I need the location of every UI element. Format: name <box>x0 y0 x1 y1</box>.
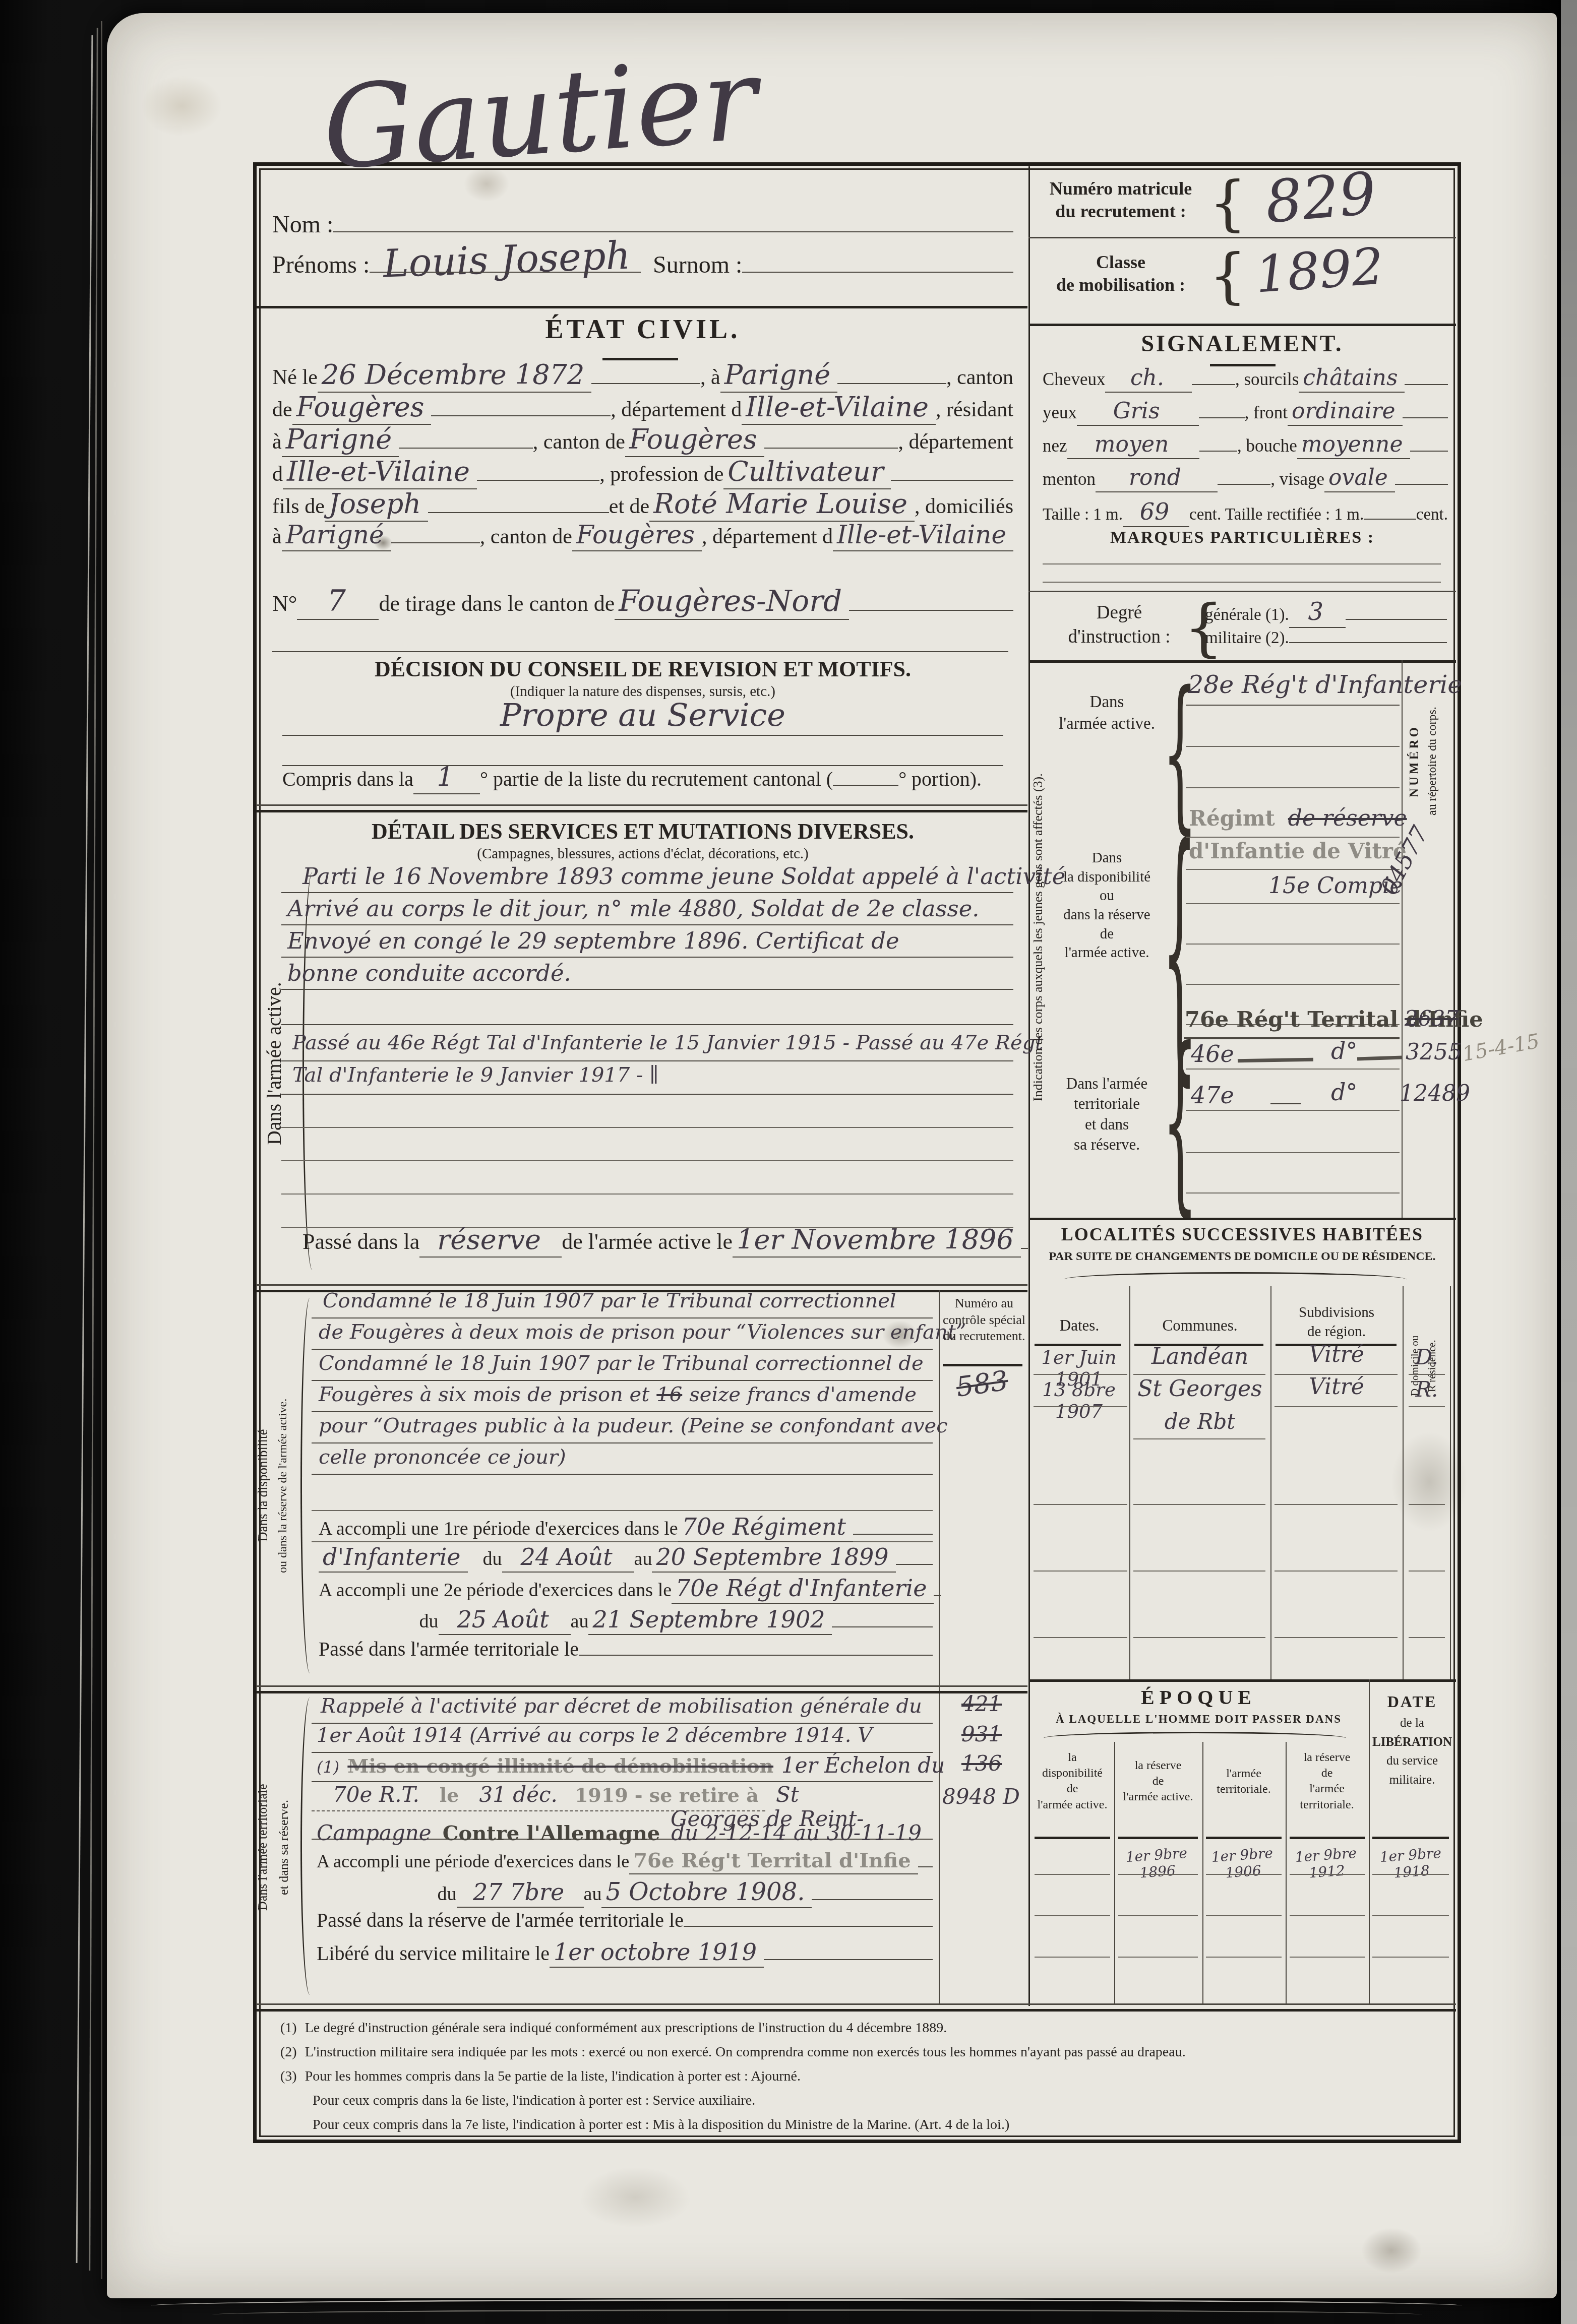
regiment-47: 47e <box>1191 1082 1234 1109</box>
note-number: (2) <box>280 2044 297 2060</box>
residence-commune: Parigné <box>282 423 399 457</box>
marques-label: MARQUES PARTICULIÈRES : <box>1028 528 1456 547</box>
line-fill <box>391 541 480 543</box>
tirage-label: de tirage dans le canton de <box>379 591 615 616</box>
loc-commune-2: de Rbt <box>1131 1409 1268 1434</box>
reserve-value: réserve <box>419 1224 562 1258</box>
compris-label-2: ° partie de la liste du recrutement cant… <box>480 767 833 791</box>
exercice-label: A accompli une période d'exercices dans … <box>317 1851 629 1872</box>
birth-date: 26 Décembre 1872 <box>318 359 591 393</box>
line-fill <box>1199 450 1238 452</box>
blank-line <box>1206 1957 1282 1958</box>
periode1-end: 20 Septembre 1899 <box>652 1543 895 1573</box>
generale-label: générale (1). <box>1205 606 1289 624</box>
label-line: la <box>1032 1750 1113 1766</box>
condamnation: Condamné le 18 Juin 1907 par le Tribunal… <box>319 1352 924 1375</box>
condamnation: de Fougères à deux mois de prison pour “… <box>319 1321 966 1344</box>
sig-row-2: yeux Gris , front ordinaire <box>1043 398 1448 427</box>
label-line: de <box>1115 1774 1201 1789</box>
blank-line <box>1034 1504 1127 1505</box>
blank-line <box>1275 1504 1398 1505</box>
row-line <box>1034 1374 1127 1375</box>
civil-line-6: à Parigné , canton de Fougères , départe… <box>272 520 1013 551</box>
du-label: du <box>419 1610 439 1632</box>
label-line: disponibilité <box>1032 1766 1113 1781</box>
detail-title: DÉTAIL DES SERVICES ET MUTATIONS DIVERSE… <box>272 819 1013 844</box>
regiment-stamp: Régimt <box>1189 806 1275 831</box>
taille-label: Taille : 1 m. <box>1043 506 1123 524</box>
reserve-terr-label: Passé dans la réserve de l'armée territo… <box>317 1908 684 1932</box>
writing-line <box>281 1094 1013 1095</box>
writing-line <box>281 989 1013 990</box>
line-fill <box>812 1898 933 1900</box>
stain <box>1361 2228 1422 2273</box>
parents-departement: Ille-et-Vilaine <box>833 520 1013 551</box>
blank-line <box>1186 1152 1400 1153</box>
sig-row-3: nez moyen , bouche moyenne <box>1043 431 1448 461</box>
demobilisation-stamp: Mis en congé illimité de démobilisation <box>347 1754 773 1777</box>
blank-line <box>1186 1192 1400 1194</box>
value-line <box>1290 1874 1365 1875</box>
side-label-disponibilite: Dans la disponibilité <box>255 1293 275 1678</box>
tirage-number: 7 <box>297 584 379 620</box>
front-label: , front <box>1245 403 1288 423</box>
line-fill <box>1289 641 1447 643</box>
civil-line-4: d Ille-et-Vilaine , profession de Cultiv… <box>272 456 1013 487</box>
blank-line <box>1186 787 1400 788</box>
birth-canton: Fougères <box>292 391 432 425</box>
terr-passage-row: Passé dans l'armée territoriale le <box>319 1637 933 1666</box>
line-fill <box>428 511 609 513</box>
le-stamp: le <box>440 1784 459 1806</box>
libere-row: Libéré du service militaire le 1er octob… <box>317 1938 933 1968</box>
blank-line <box>1409 1571 1445 1572</box>
note-text: L'instruction militaire sera indiquée pa… <box>305 2044 1186 2060</box>
loc-commune: Landéan <box>1131 1344 1268 1369</box>
blank-line <box>1275 1637 1398 1638</box>
line-fill <box>837 382 946 384</box>
col-dates: Dates. <box>1031 1316 1128 1335</box>
disponibilite-row-label: Dans la disponibilité ou dans la réserve… <box>1053 849 1161 963</box>
periode2-label: A accompli une 2e période d'exercices da… <box>319 1579 672 1601</box>
a-label: à <box>272 430 282 454</box>
classe-value: 1892 <box>1253 236 1385 304</box>
repertoire-column-line <box>1402 660 1403 1218</box>
classe-label-l2: de mobilisation : <box>1038 274 1204 296</box>
label-line: l'armée active. <box>1053 713 1161 735</box>
departement-label: , département <box>898 430 1013 454</box>
stain <box>580 2167 691 2228</box>
matricule-label-l1: Numéro matricule <box>1038 177 1204 200</box>
note-text: Pour ceux compris dans la 6e liste, l'in… <box>313 2093 755 2109</box>
divider <box>256 306 1027 308</box>
label-line: l'armée <box>1287 1781 1367 1797</box>
margin-number: 421 <box>944 1691 1019 1716</box>
liberation-date-value: 1er 9bre 1918 <box>1367 1844 1455 1883</box>
label-line: LIBÉRATION <box>1370 1733 1454 1752</box>
writing-line <box>1186 1069 1400 1070</box>
periode1-row2: d'Infanterie du 24 Août au 20 Septembre … <box>319 1543 933 1573</box>
decision-value: Propre au Service <box>272 697 1013 733</box>
decision-title: DÉCISION DU CONSEIL DE REVISION ET MOTIF… <box>272 656 1013 682</box>
condamnation: Condamné le 18 Juin 1907 par le Tribunal… <box>323 1289 896 1312</box>
residant-label: , résidant <box>936 398 1013 422</box>
prenoms-line <box>370 271 641 273</box>
line-fill <box>1192 383 1235 385</box>
domicilies-label: , domiciliés <box>915 494 1013 519</box>
writing-line <box>281 957 1013 958</box>
header-rule <box>1118 1837 1198 1839</box>
nom-row: Nom : <box>272 211 1013 242</box>
struck-amount: 16 <box>656 1383 682 1406</box>
service-note: Arrivé au corps le dit jour, n° mle 4880… <box>287 895 980 922</box>
bouche-value: moyenne <box>1297 431 1410 459</box>
blank-line <box>1290 1915 1365 1916</box>
nez-label: nez <box>1043 436 1067 456</box>
line-fill <box>399 447 533 449</box>
line-fill <box>1346 618 1447 620</box>
epoque-col4-header: la réserve de l'armée territoriale. <box>1287 1750 1367 1813</box>
margin-number: 8948 D <box>941 1784 1021 1809</box>
de-label: de <box>272 398 292 422</box>
label-line: et dans <box>1053 1114 1161 1135</box>
row-line <box>1034 1406 1127 1407</box>
ne-le-label: Né le <box>272 365 318 390</box>
civil-line-3: à Parigné , canton de Fougères , départe… <box>272 423 1013 455</box>
line-fill <box>1218 483 1270 485</box>
row-line <box>1409 1374 1445 1375</box>
parents-commune: Parigné <box>282 520 391 551</box>
label-line: de <box>1032 1781 1113 1797</box>
sourcils-label: , sourcils <box>1235 369 1299 390</box>
row-line <box>1409 1406 1445 1407</box>
prenoms-label: Prénoms : <box>272 251 370 279</box>
decision-line <box>282 735 1003 736</box>
writing-line <box>312 1474 933 1475</box>
writing-line <box>1186 869 1400 870</box>
blank-line <box>281 1024 1013 1025</box>
numero-label: N° <box>272 591 297 616</box>
au-label: au <box>571 1610 589 1632</box>
mother-name: Roté Marie Louise <box>649 488 915 522</box>
blank-line <box>281 1194 1013 1195</box>
periode2-regiment: 70e Régt d'Infanterie <box>672 1575 934 1604</box>
service-note: Parti le 16 Novembre 1893 comme jeune So… <box>302 863 1065 890</box>
footer-divider <box>256 2009 1456 2012</box>
side-label-territoriale: Dans l'armée territoriale <box>255 1696 275 1998</box>
reserve-date: 1er Novembre 1896 <box>733 1224 1021 1258</box>
note-4: Pour ceux compris dans la 6e liste, l'in… <box>313 2093 1450 2115</box>
blank-line <box>312 1510 933 1511</box>
prenoms-row: Prénoms : Surnom : <box>272 251 1013 281</box>
loc-commune: St Georges <box>1131 1376 1268 1402</box>
profession-value: Cultivateur <box>723 456 890 489</box>
line-fill <box>319 1625 419 1627</box>
line-fill <box>849 609 1013 611</box>
birth-commune: Parigné <box>720 359 838 393</box>
divider <box>1028 1218 1456 1220</box>
periode1-regiment-2: d'Infanterie <box>319 1543 468 1573</box>
note-3: (3) Pour les hommes compris dans la 5e p… <box>280 2068 1450 2091</box>
terr-passage-label: Passé dans l'armée territoriale le <box>319 1637 579 1661</box>
line-fill <box>891 479 1013 481</box>
loc-subdiv: Vitré <box>1272 1374 1401 1400</box>
brace: { <box>1209 173 1247 233</box>
periode1-row: A accompli une 1re période d'exercices d… <box>319 1513 933 1542</box>
register-scan: Gautier Nom : Louis Joseph Prénoms : Sur… <box>0 0 1577 2324</box>
label-line: du service <box>1370 1751 1454 1771</box>
value-line <box>1206 1874 1282 1875</box>
blank-line <box>1043 563 1441 564</box>
writing-line <box>312 1411 933 1412</box>
writing-line <box>281 1060 1013 1061</box>
blank-line <box>1186 944 1400 945</box>
departement-label: , département d <box>611 398 742 422</box>
decorative-swash <box>1064 1272 1407 1287</box>
compris-row: Compris dans la 1 ° partie de la liste d… <box>282 762 1008 792</box>
du-label: du <box>483 1548 502 1570</box>
nom-label: Nom : <box>272 211 333 238</box>
label-line: la disponibilité <box>1053 868 1161 887</box>
periode2-end: 21 Septembre 1902 <box>588 1606 832 1635</box>
line-fill <box>1410 450 1448 452</box>
margin-number: 136 <box>944 1751 1019 1776</box>
side-label-territoriale-2: et dans sa réserve. <box>276 1696 294 1998</box>
condamnation: pour “Outrages public à la pudeur. (Pein… <box>319 1414 948 1437</box>
periode2-start: 25 Août <box>439 1606 571 1635</box>
writing-line <box>281 924 1013 925</box>
localites-subtitle: PAR SUITE DE CHANGEMENTS DE DOMICILE OU … <box>1028 1250 1456 1264</box>
campagne-row: Campagne Contre l'Allemagne du 2-12-14 a… <box>317 1820 922 1849</box>
campagne-value: Campagne <box>317 1820 432 1845</box>
yeux-label: yeux <box>1043 403 1077 423</box>
line-fill <box>833 784 898 786</box>
periode1-start: 24 Août <box>502 1543 634 1573</box>
dash <box>1270 1103 1301 1104</box>
libere-label: Libéré du service militaire le <box>317 1941 550 1965</box>
line-fill <box>832 1625 933 1627</box>
birth-departement: Ille-et-Vilaine <box>742 391 936 425</box>
cent-label: cent. <box>1416 506 1448 524</box>
brace: { <box>1209 246 1247 305</box>
periode2-row2: du 25 Août au 21 Septembre 1902 <box>319 1606 933 1635</box>
loc-subdiv: Vitré <box>1272 1342 1401 1367</box>
header-rule <box>1035 1837 1110 1839</box>
label-line: l'armée <box>1203 1766 1284 1782</box>
divider <box>1028 324 1456 326</box>
periode1-regiment: 70e Régiment <box>678 1513 853 1542</box>
blank-line <box>1133 1504 1265 1505</box>
compris-label-3: ° portion). <box>898 767 982 791</box>
line-fill <box>591 382 700 384</box>
line-fill <box>1364 518 1416 520</box>
epoque-col1-header: la disponibilité de l'armée active. <box>1032 1750 1113 1813</box>
condamnation: seize francs d'amende <box>689 1383 917 1406</box>
condamnation: celle prononcée ce jour) <box>319 1446 566 1469</box>
line-fill <box>764 447 898 449</box>
epoque-value-reserve-terr: 1er 9bre 1912 <box>1284 1844 1369 1882</box>
bouche-label: , bouche <box>1237 436 1297 456</box>
retire-stamp: 1919 - se retire à <box>575 1784 759 1806</box>
page-stack-edge <box>101 21 102 2279</box>
epoque-subtitle: À LAQUELLE L'HOMME DOIT PASSER DANS <box>1028 1713 1369 1726</box>
taille-value: 69 <box>1123 498 1189 527</box>
section-divider <box>256 804 1027 806</box>
label-line: Dans <box>1053 849 1161 868</box>
blank-line <box>1035 1915 1110 1916</box>
date-value: 31 déc. <box>479 1782 557 1807</box>
header-rule <box>1290 1837 1365 1839</box>
matricule-label: Numéro matricule du recrutement : <box>1038 177 1204 223</box>
blank-line <box>1133 1571 1265 1572</box>
divider <box>1028 660 1456 663</box>
regiment-value: 70e R.T. <box>333 1782 419 1807</box>
blank-line <box>1409 1637 1445 1638</box>
civil-line-5: fils de Joseph et de Roté Marie Louise ,… <box>272 488 1013 519</box>
blank-line <box>1409 1504 1445 1505</box>
detail-subtitle: (Campagnes, blessures, actions d'éclat, … <box>272 846 1013 862</box>
ditto-mark: d° <box>1331 1079 1357 1106</box>
taille-rectifiee-label: cent. Taille rectifiée : 1 m. <box>1189 506 1364 524</box>
blank-line <box>1290 1957 1365 1958</box>
writing-line <box>1186 903 1400 904</box>
classe-label-l1: Classe <box>1038 251 1204 274</box>
condamnation: Fougères à six mois de prison et <box>319 1383 649 1406</box>
section-brace <box>300 1298 319 1673</box>
exercice-regiment-stamp: 76e Rég't Territal d'Infie <box>629 1849 918 1874</box>
header-rule <box>1035 1344 1121 1346</box>
note-number: (1) <box>280 2020 297 2036</box>
militaire-label: militaire (2). <box>1205 629 1289 648</box>
header-rule <box>1372 1837 1449 1839</box>
label-line: l'armée active. <box>1053 944 1161 963</box>
label-line: Dans l'armée <box>1053 1074 1161 1094</box>
mobilisation-note: Rappelé à l'activité par décret de mobil… <box>321 1694 922 1718</box>
repertoire-number-struck: 2637 <box>1405 1006 1459 1031</box>
etat-civil-title: ÉTAT CIVIL. <box>272 313 1013 345</box>
signalement-title: SIGNALEMENT. <box>1028 330 1456 357</box>
armee-active-row-label: Dans l'armée active. <box>1053 692 1161 735</box>
departement-label: , département d <box>702 525 833 549</box>
writing-line <box>1186 705 1400 706</box>
side-label-corps: Indication des corps auxquels les jeunes… <box>1030 665 1051 1210</box>
condamnation-line4: Fougères à six mois de prison et 16 seiz… <box>319 1383 917 1411</box>
note-5: Pour ceux compris dans la 7e liste, l'in… <box>313 2117 1450 2139</box>
repertoire-number: 3255 <box>1406 1039 1462 1065</box>
label-line: DATE <box>1370 1689 1454 1714</box>
label-line: de région. <box>1271 1323 1402 1342</box>
demobilisation-row: (1) Mis en congé illimité de démobilisat… <box>317 1753 945 1781</box>
reserve-row: Passé dans la réserve de l'armée active … <box>302 1224 1013 1256</box>
matricule-label-l2: du recrutement : <box>1038 200 1204 223</box>
cheveux-value: ch. <box>1105 365 1192 393</box>
tirage-canton: Fougères-Nord <box>615 584 849 620</box>
blank-line <box>272 651 1008 652</box>
date-liberation-header: DATE de la LIBÉRATION du service militai… <box>1370 1689 1454 1789</box>
line-fill <box>317 1898 438 1900</box>
divider <box>1028 591 1456 592</box>
campagne-stamp: Contre l'Allemagne <box>443 1821 660 1845</box>
row-line <box>1133 1374 1265 1375</box>
exercice-row: A accompli une période d'exercices dans … <box>317 1849 933 1878</box>
footer-divider <box>256 2003 1456 2005</box>
row-line <box>1275 1406 1398 1407</box>
menton-value: rond <box>1096 465 1218 492</box>
note-1: (1) Le degré d'instruction générale sera… <box>280 2020 1450 2042</box>
au-label: au <box>584 1883 602 1905</box>
sig-row-1: Cheveux ch. , sourcils châtains <box>1043 365 1448 394</box>
line-fill <box>1405 383 1448 385</box>
blank-line <box>1206 1915 1282 1916</box>
label-line: la réserve <box>1115 1758 1201 1774</box>
label-line: dans la réserve <box>1053 906 1161 925</box>
label-line: la réserve <box>1287 1750 1367 1766</box>
writing-line <box>312 1380 933 1381</box>
civil-line-1: Né le 26 Décembre 1872 , à Parigné , can… <box>272 359 1013 390</box>
loc-dr: R. <box>1407 1377 1447 1402</box>
line-fill <box>684 1925 933 1927</box>
parents-canton: Fougères <box>572 520 702 551</box>
epoque-col3-header: l'armée territoriale. <box>1203 1766 1284 1797</box>
label-line: territoriale. <box>1203 1782 1284 1797</box>
section-divider <box>256 1685 1027 1687</box>
writing-line <box>312 1317 933 1318</box>
exercice-start: 27 7bre <box>457 1878 584 1908</box>
loc-dr: D. <box>1407 1345 1447 1369</box>
et-de-label: et de <box>609 494 649 519</box>
label-line: ou <box>1053 887 1161 906</box>
localites-title: LOCALITÉS SUCCESSIVES HABITÉES <box>1028 1224 1456 1245</box>
service-note: Passé au 46e Régt Tal d'Infanterie le 15… <box>292 1031 1043 1054</box>
table-line <box>1129 1286 1130 1679</box>
regiment-stamp-2: d'Infantie de Vitré <box>1189 839 1407 863</box>
label-line: territoriale. <box>1287 1797 1367 1813</box>
line-fill <box>1395 483 1448 485</box>
d-label: d <box>272 462 283 486</box>
instruction-label: Degré d'instruction : <box>1059 601 1180 649</box>
line-fill <box>934 1594 941 1596</box>
instruction-label-l2: d'instruction : <box>1059 625 1180 649</box>
writing-line <box>281 892 1013 893</box>
cheveux-label: Cheveux <box>1043 369 1105 390</box>
blank-line <box>1034 1637 1127 1638</box>
instruction-label-l1: Degré <box>1059 601 1180 625</box>
label-line: l'armée active. <box>1032 1797 1113 1813</box>
label-line: l'armée active. <box>1115 1789 1201 1805</box>
compris-label: Compris dans la <box>282 767 413 791</box>
line-fill <box>579 1654 933 1656</box>
note-text: Pour ceux compris dans la 7e liste, l'in… <box>313 2117 1009 2133</box>
residence-departement: Ille-et-Vilaine <box>283 456 477 489</box>
col-subdivisions: Subdivisions de région. <box>1271 1303 1402 1341</box>
blank-line <box>1034 1571 1127 1572</box>
writing-line <box>312 1349 933 1350</box>
line-fill <box>431 414 611 416</box>
note-text: Pour les hommes compris dans la 5e parti… <box>305 2068 801 2085</box>
note-2: (2) L'instruction militaire sera indiqué… <box>280 2044 1450 2066</box>
header-rule <box>1206 1837 1282 1839</box>
footnote-mark: (1) <box>317 1757 339 1777</box>
side-label-armee-active: Dans l'armée active. <box>262 847 289 1280</box>
reserve-terr-row: Passé dans la réserve de l'armée territo… <box>317 1908 933 1937</box>
a-label: , à <box>700 365 720 390</box>
visage-label: , visage <box>1270 469 1324 489</box>
loc-date: 13 8bre 1907 <box>1029 1379 1128 1422</box>
writing-line <box>1186 837 1400 838</box>
writing-line <box>1186 1110 1400 1111</box>
line-fill <box>477 479 599 481</box>
blank-line <box>1133 1637 1265 1638</box>
